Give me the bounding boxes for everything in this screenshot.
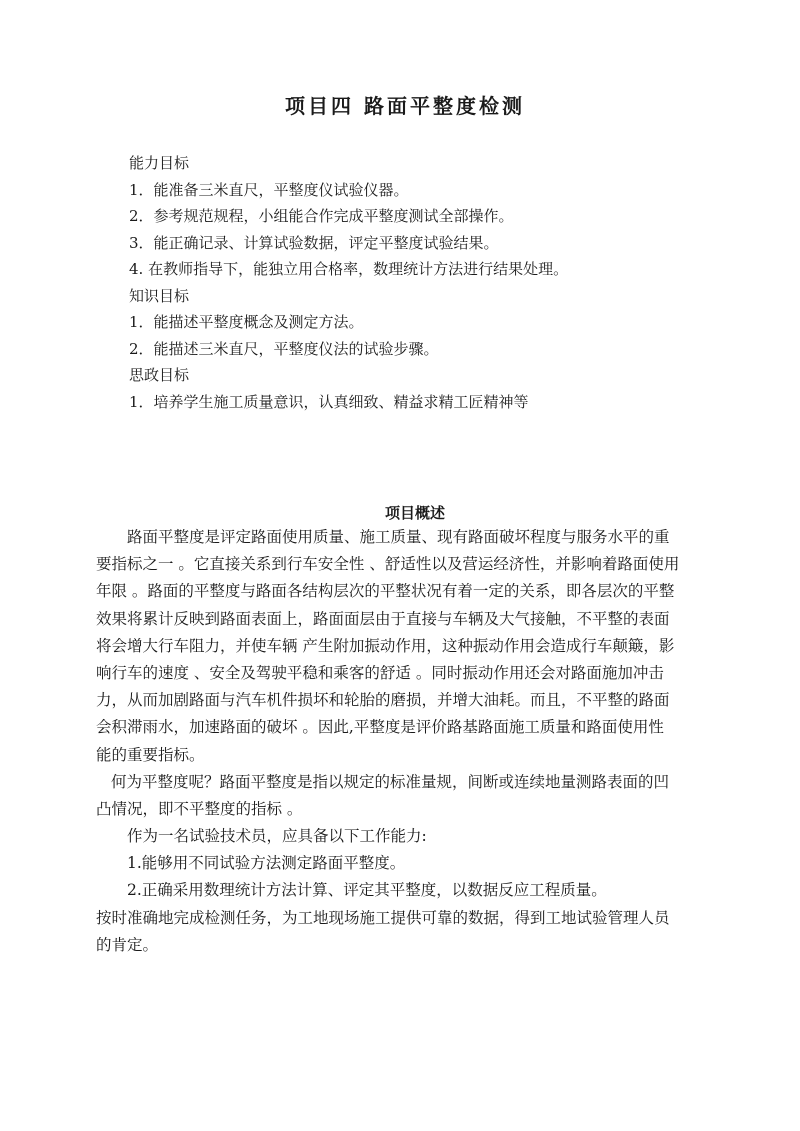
paragraph-line: 将会增大行车阻力，并使车辆 产生附加振动作用，这种振动作用会造成行车颠簸，影 bbox=[96, 633, 716, 660]
paragraph-line: 2.正确采用数理统计方法计算、评定其平整度，以数据反应工程质量。 bbox=[96, 877, 716, 904]
overview-heading: 项目概述 bbox=[0, 502, 800, 523]
objective-item: 2．能描述三米直尺，平整度仪法的试验步骤。 bbox=[129, 336, 568, 363]
paragraph-line: 凸情况，即不平整度的指标 。 bbox=[96, 796, 716, 823]
paragraph-line: 能的重要指标。 bbox=[96, 742, 716, 769]
paragraph-line: 效果将累计反映到路面表面上，路面面层由于直接与车辆及大气接触，不平整的表面 bbox=[96, 606, 716, 633]
ideology-objectives-heading: 思政目标 bbox=[129, 362, 568, 389]
objective-item: 1．培养学生施工质量意识，认真细致、精益求精工匠精神等 bbox=[129, 389, 568, 416]
objectives-section: 能力目标 1．能准备三米直尺，平整度仪试验仪器。 2．参考规范规程，小组能合作完… bbox=[129, 150, 568, 415]
paragraph-line: 会积滞雨水，加速路面的破坏 。因此,平整度是评价路基路面施工质量和路面使用性 bbox=[96, 714, 716, 741]
overview-body: 路面平整度是评定路面使用质量、施工质量、现有路面破坏程度与服务水平的重 要指标之… bbox=[96, 524, 716, 959]
paragraph-line: 1.能够用不同试验方法测定路面平整度。 bbox=[96, 850, 716, 877]
objective-item: 1．能准备三米直尺，平整度仪试验仪器。 bbox=[129, 177, 568, 204]
knowledge-objectives-heading: 知识目标 bbox=[129, 283, 568, 310]
page-title: 项目四 路面平整度检测 bbox=[0, 90, 800, 119]
ability-objectives-heading: 能力目标 bbox=[129, 150, 568, 177]
paragraph-line: 何为平整度呢？路面平整度是指以规定的标准量规，间断或连续地量测路表面的凹 bbox=[96, 769, 716, 796]
paragraph-line: 力，从而加剧路面与汽车机件损坏和轮胎的磨损，并增大油耗。而且，不平整的路面 bbox=[96, 687, 716, 714]
objective-item: 4. 在教师指导下，能独立用合格率，数理统计方法进行结果处理。 bbox=[129, 256, 568, 283]
paragraph-line: 响行车的速度 、安全及驾驶平稳和乘客的舒适 。同时振动作用还会对路面施加冲击 bbox=[96, 660, 716, 687]
paragraph-line: 作为一名试验技术员，应具备以下工作能力: bbox=[96, 823, 716, 850]
paragraph-line: 要指标之一 。它直接关系到行车安全性 、舒适性以及营运经济性，并影响着路面使用 bbox=[96, 551, 716, 578]
paragraph-line: 年限 。路面的平整度与路面各结构层次的平整状况有着一定的关系，即各层次的平整 bbox=[96, 578, 716, 605]
paragraph-line: 按时准确地完成检测任务，为工地现场施工提供可靠的数据，得到工地试验管理人员 bbox=[96, 905, 716, 932]
objective-item: 3．能正确记录、计算试验数据，评定平整度试验结果。 bbox=[129, 230, 568, 257]
objective-item: 1．能描述平整度概念及测定方法。 bbox=[129, 309, 568, 336]
objective-item: 2．参考规范规程，小组能合作完成平整度测试全部操作。 bbox=[129, 203, 568, 230]
paragraph-line: 路面平整度是评定路面使用质量、施工质量、现有路面破坏程度与服务水平的重 bbox=[96, 524, 716, 551]
paragraph-line: 的肯定。 bbox=[96, 932, 716, 959]
